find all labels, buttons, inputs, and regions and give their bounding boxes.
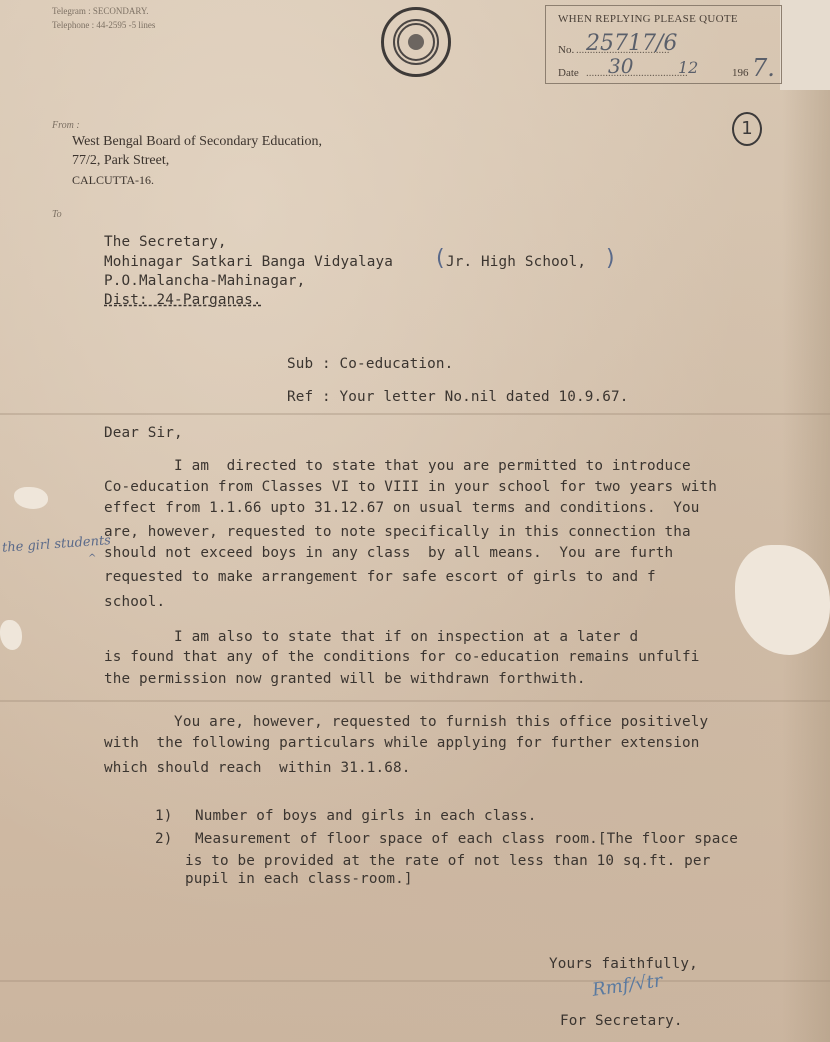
subject-line: Sub : Co-education. [287,356,453,372]
reply-date-year-suffix: 7. [752,54,775,82]
para1-line: I am directed to state that you are perm… [104,458,691,474]
para1-line: effect from 1.1.66 upto 31.12.67 on usua… [104,500,700,516]
para3-line: with the following particulars while app… [104,735,700,751]
para1-line: are, however, requested to note specific… [104,524,691,540]
handwritten-bracket-close: ) [606,246,615,271]
from-line-3: CALCUTTA-16. [72,173,154,188]
para3-line: which should reach within 31.1.68. [104,760,411,776]
telephone-line: Telephone : 44-2595 -5 lines [52,20,155,30]
closing-yours: Yours faithfully, [549,956,698,972]
fold-line [0,980,830,982]
para1-line: requested to make arrangement for safe e… [104,569,656,585]
para2-line: is found that any of the conditions for … [104,649,700,665]
paper-edge-shading [782,0,830,1042]
list-item-number: 2) [155,831,173,847]
page-number-marker: 1 [732,112,762,146]
para1-line: school. [104,594,165,610]
list-item-text: Measurement of floor space of each class… [195,831,738,847]
reply-no-value: 25717/6 [586,31,677,56]
from-line-2: 77/2, Park Street, [72,153,169,169]
salutation: Dear Sir, [104,425,183,441]
reply-date-year-prefix: 196 [732,67,749,79]
list-item-number: 1) [155,808,173,824]
para3-line: You are, however, requested to furnish t… [104,714,708,730]
to-line-3: P.O.Malancha-Mahinagar, [104,273,305,289]
reply-date-label: Date [558,67,579,79]
fold-line [0,413,830,415]
fold-line [0,700,830,702]
telegram-line: Telegram : SECONDARY. [52,6,148,16]
caret-mark: ^ [88,553,96,564]
closing-for-secretary: For Secretary. [560,1013,683,1029]
reference-line: Ref : Your letter No.nil dated 10.9.67. [287,389,629,405]
list-item-text: Number of boys and girls in each class. [195,808,537,824]
board-seal-icon [381,7,451,77]
torn-corner [780,0,830,90]
para2-line: I am also to state that if on inspection… [104,629,638,645]
reply-no-label: No. [558,44,574,56]
seal-emblem [408,34,424,50]
reply-date-dots: ..................................... [586,67,688,79]
seal-ring [393,19,439,65]
torn-paper-patch [0,620,22,650]
reply-date-day: 30 [608,54,633,78]
list-item-continuation: pupil in each class-room.] [185,871,413,887]
reply-box-title: WHEN REPLYING PLEASE QUOTE [558,13,738,25]
para1-line: Co-education from Classes VI to VIII in … [104,479,717,495]
reply-reference-box: WHEN REPLYING PLEASE QUOTE No. .........… [545,5,782,84]
para1-line: should not exceed boys in any class by a… [104,545,673,561]
list-item-continuation: is to be provided at the rate of not les… [185,853,710,869]
para2-line: the permission now granted will be withd… [104,671,586,687]
from-label: From : [52,120,80,131]
to-line-1: The Secretary, [104,234,227,250]
school-type: Jr. High School, [446,254,586,270]
to-line-4: Dist: 24-Parganas. [104,292,262,308]
to-label: To [52,209,62,220]
reply-date-month: 12 [678,58,698,77]
from-line-1: West Bengal Board of Secondary Education… [72,134,322,150]
to-line-2: Mohinagar Satkari Banga Vidyalaya [104,254,393,270]
handwritten-bracket-open: ( [436,246,445,271]
